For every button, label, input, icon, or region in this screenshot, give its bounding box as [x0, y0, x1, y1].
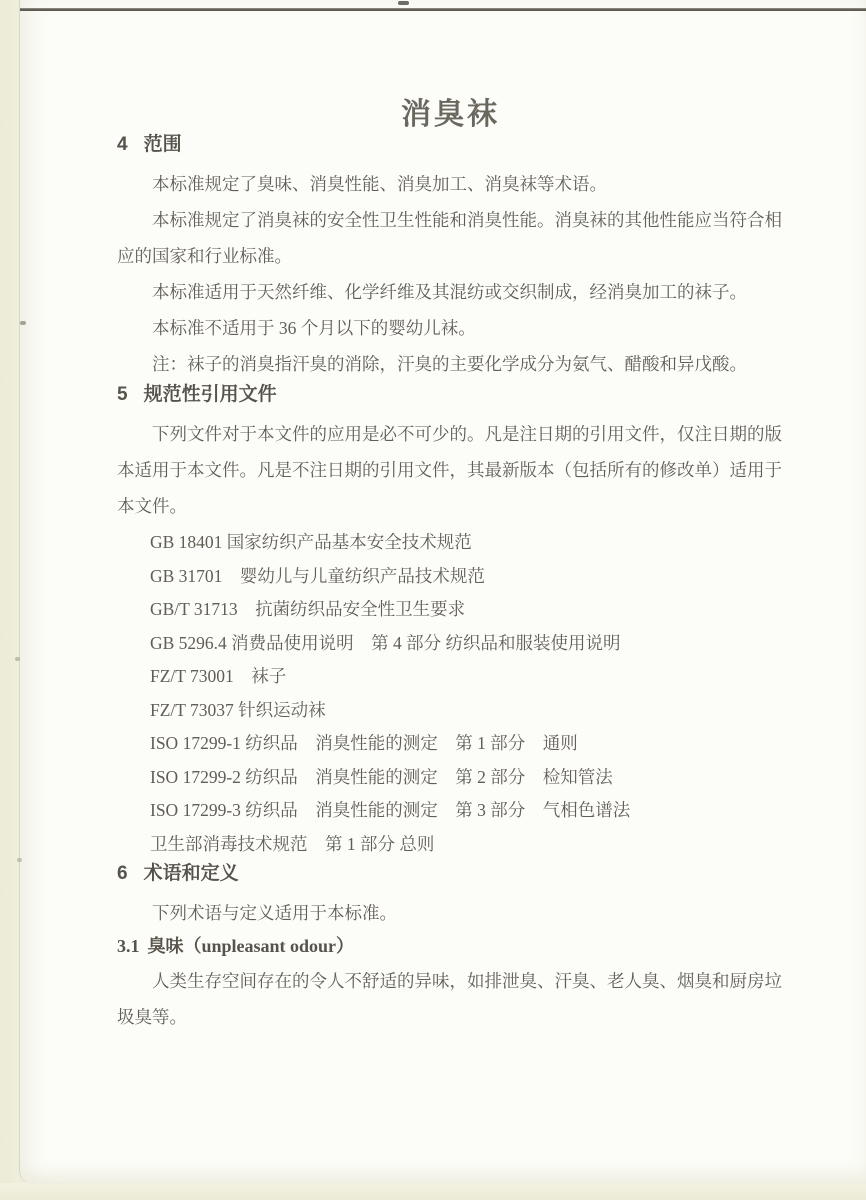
section-heading-scope: 4范围 [117, 132, 784, 158]
paragraph: 本标准不适用于 36 个月以下的婴幼儿袜。 [117, 310, 784, 346]
section-number: 6 [117, 863, 128, 884]
paragraph: 下列术语与定义适用于本标准。 [117, 895, 784, 931]
term-name-zh: 臭味 [148, 936, 184, 956]
terms-intro: 下列术语与定义适用于本标准。 [117, 895, 784, 931]
reference-item: GB 18401 国家纺织产品基本安全技术规范 [150, 526, 784, 560]
scan-artifact-tick [20, 321, 26, 325]
section-label: 规范性引用文件 [144, 384, 277, 405]
note-paragraph: 注：袜子的消臭指汗臭的消除，汗臭的主要化学成分为氨气、醋酸和异戊酸。 [117, 346, 784, 382]
scan-artifact-tick [15, 657, 20, 661]
reference-item: 卫生部消毒技术规范 第 1 部分 总则 [150, 828, 784, 862]
references-intro: 下列文件对于本文件的应用是必不可少的。凡是注日期的引用文件，仅注日期的版本适用于… [117, 416, 784, 524]
term-entry-heading: 3.1臭味（unpleasant odour） [117, 931, 784, 961]
reference-item: GB 5296.4 消费品使用说明 第 4 部分 纺织品和服装使用说明 [150, 627, 784, 661]
section-number: 4 [117, 134, 128, 155]
reference-item: ISO 17299-1 纺织品 消臭性能的测定 第 1 部分 通则 [150, 727, 784, 761]
references-list: GB 18401 国家纺织产品基本安全技术规范 GB 31701 婴幼儿与儿童纺… [150, 526, 784, 861]
document-page: 消臭袜 4范围 本标准规定了臭味、消臭性能、消臭加工、消臭袜等术语。 本标准规定… [19, 0, 866, 1184]
section-number: 5 [117, 384, 128, 405]
reference-item: FZ/T 73037 针织运动袜 [150, 694, 784, 728]
section-label: 范围 [144, 134, 182, 155]
section-heading-normative-references: 5规范性引用文件 [117, 382, 784, 408]
reference-item: GB/T 31713 抗菌纺织品安全性卫生要求 [150, 593, 784, 627]
term-name-en: （unpleasant odour） [184, 936, 355, 956]
page-title: 消臭袜 [117, 98, 784, 132]
paragraph: 本标准规定了消臭袜的安全性卫生性能和消臭性能。消臭袜的其他性能应当符合相应的国家… [117, 202, 784, 274]
reference-item: ISO 17299-2 纺织品 消臭性能的测定 第 2 部分 检知管法 [150, 761, 784, 795]
scan-artifact-dot [398, 1, 409, 5]
reference-item: ISO 17299-3 纺织品 消臭性能的测定 第 3 部分 气相色谱法 [150, 794, 784, 828]
paragraph: 本标准适用于天然纤维、化学纤维及其混纺或交织制成，经消臭加工的袜子。 [117, 274, 784, 310]
scan-bottom-margin-strip [0, 1183, 866, 1200]
scope-paragraphs: 本标准规定了臭味、消臭性能、消臭加工、消臭袜等术语。 本标准规定了消臭袜的安全性… [117, 166, 784, 382]
paragraph: 下列文件对于本文件的应用是必不可少的。凡是注日期的引用文件，仅注日期的版本适用于… [117, 416, 784, 524]
term-definition: 人类生存空间存在的令人不舒适的异味，如排泄臭、汗臭、老人臭、烟臭和厨房垃圾臭等。 [117, 963, 784, 1035]
section-heading-terms-definitions: 6术语和定义 [117, 861, 784, 887]
scan-artifact-tick [17, 858, 22, 862]
term-number: 3.1 [117, 936, 140, 956]
scan-left-margin-strip [0, 0, 19, 1200]
reference-item: GB 31701 婴幼儿与儿童纺织产品技术规范 [150, 560, 784, 594]
paragraph: 本标准规定了臭味、消臭性能、消臭加工、消臭袜等术语。 [117, 166, 784, 202]
page-content: 消臭袜 4范围 本标准规定了臭味、消臭性能、消臭加工、消臭袜等术语。 本标准规定… [117, 0, 784, 1035]
section-label: 术语和定义 [144, 863, 239, 884]
reference-item: FZ/T 73001 袜子 [150, 660, 784, 694]
paragraph: 人类生存空间存在的令人不舒适的异味，如排泄臭、汗臭、老人臭、烟臭和厨房垃圾臭等。 [117, 963, 784, 1035]
